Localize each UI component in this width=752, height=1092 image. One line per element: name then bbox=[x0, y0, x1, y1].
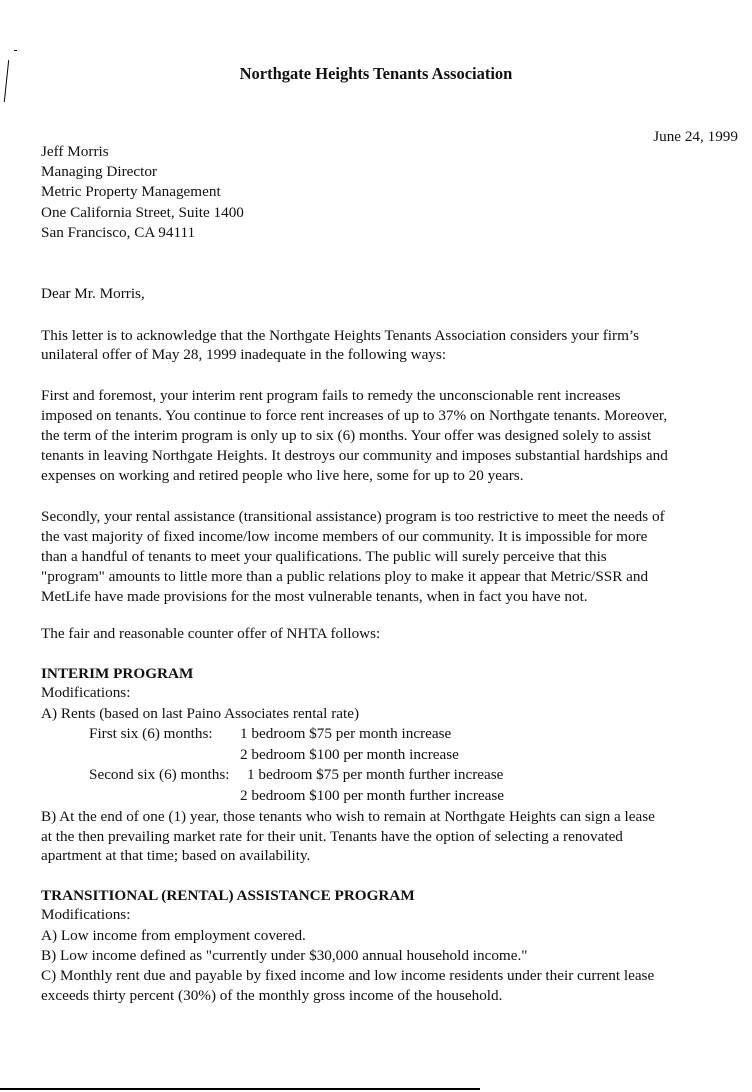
interim-first-1br: 1 bedroom $75 per month increase bbox=[240, 724, 451, 744]
paragraph-line: This letter is to acknowledge that the N… bbox=[41, 326, 639, 346]
transitional-item-c-line: exceeds thirty percent (30%) of the mont… bbox=[41, 986, 502, 1006]
paragraph-line: the vast majority of fixed income/low in… bbox=[41, 527, 647, 547]
interim-second-label: Second six (6) months: bbox=[89, 765, 229, 785]
transitional-heading: TRANSITIONAL (RENTAL) ASSISTANCE PROGRAM bbox=[41, 886, 415, 906]
salutation: Dear Mr. Morris, bbox=[41, 284, 145, 304]
scan-mark bbox=[14, 50, 17, 51]
paragraph-line: First and foremost, your interim rent pr… bbox=[41, 386, 620, 406]
interim-first-2br: 2 bedroom $100 per month increase bbox=[240, 745, 459, 765]
interim-second-1br: 1 bedroom $75 per month further increase bbox=[247, 765, 503, 785]
interim-modifications-label: Modifications: bbox=[41, 683, 130, 703]
paragraph-line: "program" amounts to little more than a … bbox=[41, 567, 648, 587]
transitional-item-c-line: C) Monthly rent due and payable by fixed… bbox=[41, 966, 654, 986]
recipient-name: Jeff Morris bbox=[41, 142, 109, 162]
paragraph-line: expenses on working and retired people w… bbox=[41, 466, 524, 486]
interim-item-b-line: apartment at that time; based on availab… bbox=[41, 846, 310, 866]
paragraph-line: The fair and reasonable counter offer of… bbox=[41, 624, 380, 644]
interim-first-label: First six (6) months: bbox=[89, 724, 213, 744]
transitional-item-a: A) Low income from employment covered. bbox=[41, 926, 306, 946]
interim-heading: INTERIM PROGRAM bbox=[41, 664, 193, 684]
recipient-title: Managing Director bbox=[41, 162, 157, 182]
transitional-item-b: B) Low income defined as "currently unde… bbox=[41, 946, 527, 966]
transitional-modifications-label: Modifications: bbox=[41, 905, 130, 925]
scan-bottom-edge bbox=[0, 1088, 480, 1090]
paragraph-line: Secondly, your rental assistance (transi… bbox=[41, 507, 665, 527]
interim-item-b-line: at the then prevailing market rate for t… bbox=[41, 827, 623, 847]
recipient-address-line1: One California Street, Suite 1400 bbox=[41, 203, 244, 223]
interim-second-2br: 2 bedroom $100 per month further increas… bbox=[240, 786, 504, 806]
paragraph-line: imposed on tenants. You continue to forc… bbox=[41, 406, 667, 426]
interim-item-a: A) Rents (based on last Paino Associates… bbox=[41, 704, 359, 724]
recipient-company: Metric Property Management bbox=[41, 182, 221, 202]
letterhead-title: Northgate Heights Tenants Association bbox=[0, 64, 752, 84]
interim-item-b-line: B) At the end of one (1) year, those ten… bbox=[41, 807, 655, 827]
letter-date: June 24, 1999 bbox=[653, 128, 738, 146]
paragraph-line: the term of the interim program is only … bbox=[41, 426, 651, 446]
paragraph-line: unilateral offer of May 28, 1999 inadequ… bbox=[41, 345, 446, 365]
paragraph-line: tenants in leaving Northgate Heights. It… bbox=[41, 446, 668, 466]
recipient-address-line2: San Francisco, CA 94111 bbox=[41, 223, 195, 243]
paragraph-line: than a handful of tenants to meet your q… bbox=[41, 547, 607, 567]
paragraph-line: MetLife have made provisions for the mos… bbox=[41, 587, 588, 607]
